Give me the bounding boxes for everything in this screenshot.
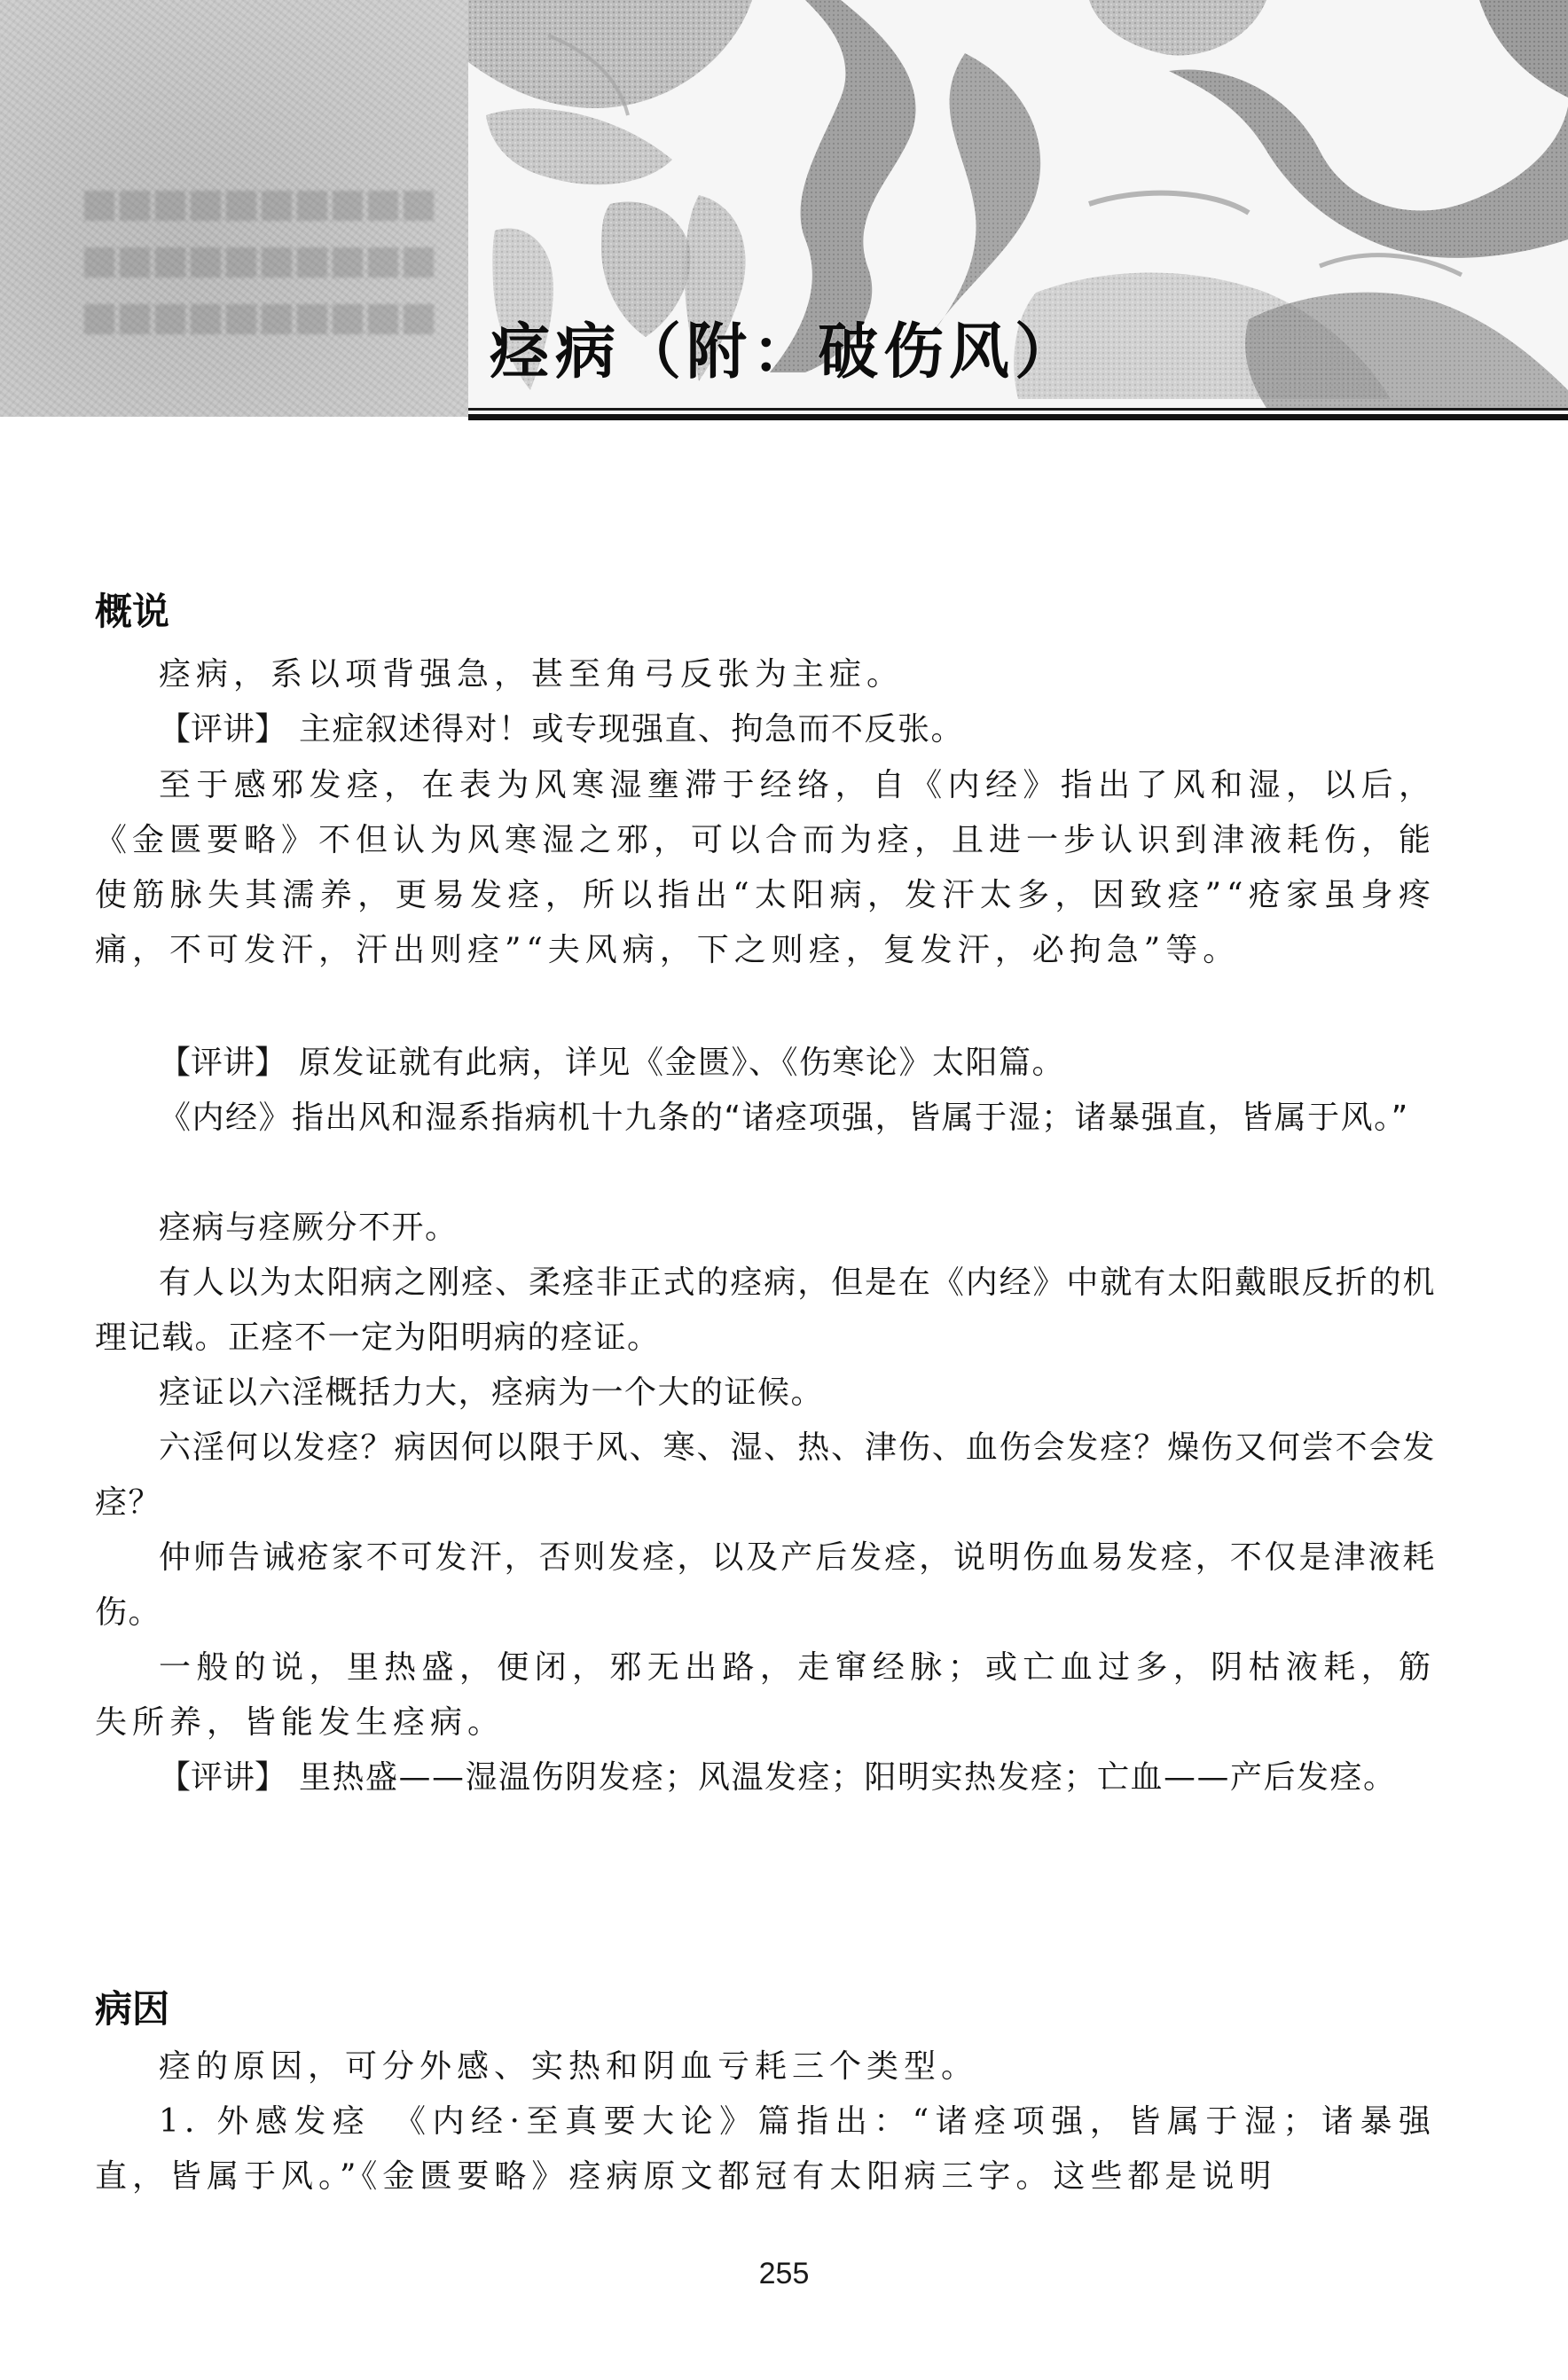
comment-tag: 【评讲】 (159, 1045, 286, 1081)
paragraph: 有人以为太阳病之刚痉、柔痉非正式的痉病，但是在《内经》中就有太阳戴眼反折的机理记… (95, 1256, 1436, 1366)
banner-texture-panel (0, 0, 468, 417)
banner-rule-thick (468, 414, 1568, 420)
paragraph-text: 主症叙述得对！或专现强直、拘急而不反张。 (299, 711, 964, 748)
paragraph: 痉病与痉厥分不开。 (95, 1201, 1436, 1256)
banner-ghost-text (84, 191, 439, 377)
comment-tag: 【评讲】 (159, 711, 286, 748)
comment-tag: 【评讲】 (159, 1759, 286, 1796)
paragraph-text: 痉病，系以项背强急，甚至角弓反张为主症。 (159, 656, 904, 693)
chapter-title: 痉病（附：破伤风） (490, 317, 1080, 388)
paragraph: 痉证以六淫概括力大，痉病为一个大的证候。 (95, 1366, 1436, 1421)
banner-rule-thin (468, 408, 1568, 411)
comment-paragraph: 【评讲】原发证就有此病，详见《金匮》、《伤寒论》太阳篇。 (95, 1036, 1436, 1091)
paragraph-text: 一般的说，里热盛，便闭，邪无出路，走窜经脉；或亡血过多，阴枯液耗，筋失所养，皆能… (95, 1649, 1436, 1741)
paragraph-text: 1. 外感发痉 《内经·至真要大论》篇指出：“诸痉项强，皆属于湿；诸暴强直，皆属… (95, 2103, 1436, 2195)
paragraph-text: 原发证就有此病，详见《金匮》、《伤寒论》太阳篇。 (299, 1045, 1065, 1081)
paragraph-text: 里热盛——湿温伤阴发痉；风温发痉；阳明实热发痉；亡血——产后发痉。 (299, 1759, 1397, 1796)
paragraph-text: 痉证以六淫概括力大，痉病为一个大的证候。 (159, 1374, 824, 1411)
section-heading-etiology: 病因 (95, 1987, 169, 2032)
paragraph: 仲师告诫疮家不可发汗，否则发痉，以及产后发痉，说明伤血易发痉，不仅是津液耗伤。 (95, 1531, 1436, 1640)
paragraph-text: 痉的原因，可分外感、实热和阴血亏耗三个类型。 (159, 2048, 978, 2085)
paragraph: 痉的原因，可分外感、实热和阴血亏耗三个类型。 (95, 2039, 1436, 2094)
paragraph: 《内经》指出风和湿系指病机十九条的“诸痉项强，皆属于湿；诸暴强直，皆属于风。” (95, 1091, 1436, 1146)
paragraph-text: 有人以为太阳病之刚痉、柔痉非正式的痉病，但是在《内经》中就有太阳戴眼反折的机理记… (95, 1264, 1436, 1356)
paragraph: 六淫何以发痉？病因何以限于风、寒、湿、热、津伤、血伤会发痉？燥伤又何尝不会发痉？ (95, 1421, 1436, 1531)
paragraph-text: 《内经》指出风和湿系指病机十九条的“诸痉项强，皆属于湿；诸暴强直，皆属于风。” (159, 1100, 1409, 1136)
comment-paragraph: 【评讲】里热盛——湿温伤阴发痉；风温发痉；阳明实热发痉；亡血——产后发痉。 (95, 1750, 1436, 1805)
paragraph-text: 痉病与痉厥分不开。 (159, 1210, 459, 1246)
paragraph-text: 六淫何以发痉？病因何以限于风、寒、湿、热、津伤、血伤会发痉？燥伤又何尝不会发痉？ (95, 1429, 1436, 1521)
section-heading-overview: 概说 (95, 590, 169, 634)
paragraph-text: 仲师告诫疮家不可发汗，否则发痉，以及产后发痉，说明伤血易发痉，不仅是津液耗伤。 (95, 1539, 1436, 1631)
paragraph: 1. 外感发痉 《内经·至真要大论》篇指出：“诸痉项强，皆属于湿；诸暴强直，皆属… (95, 2094, 1436, 2204)
paragraph: 痉病，系以项背强急，甚至角弓反张为主症。 (95, 647, 1436, 702)
paragraph: 至于感邪发痉，在表为风寒湿壅滞于经络，自《内经》指出了风和湿，以后，《金匮要略》… (95, 758, 1436, 978)
comment-paragraph: 【评讲】主症叙述得对！或专现强直、拘急而不反张。 (95, 702, 1436, 757)
paragraph-text: 至于感邪发痉，在表为风寒湿壅滞于经络，自《内经》指出了风和湿，以后，《金匮要略》… (95, 767, 1436, 968)
paragraph: 一般的说，里热盛，便闭，邪无出路，走窜经脉；或亡血过多，阴枯液耗，筋失所养，皆能… (95, 1640, 1436, 1750)
page-number: 255 (0, 2257, 1568, 2291)
chapter-banner: 痉病（附：破伤风） (0, 0, 1568, 424)
